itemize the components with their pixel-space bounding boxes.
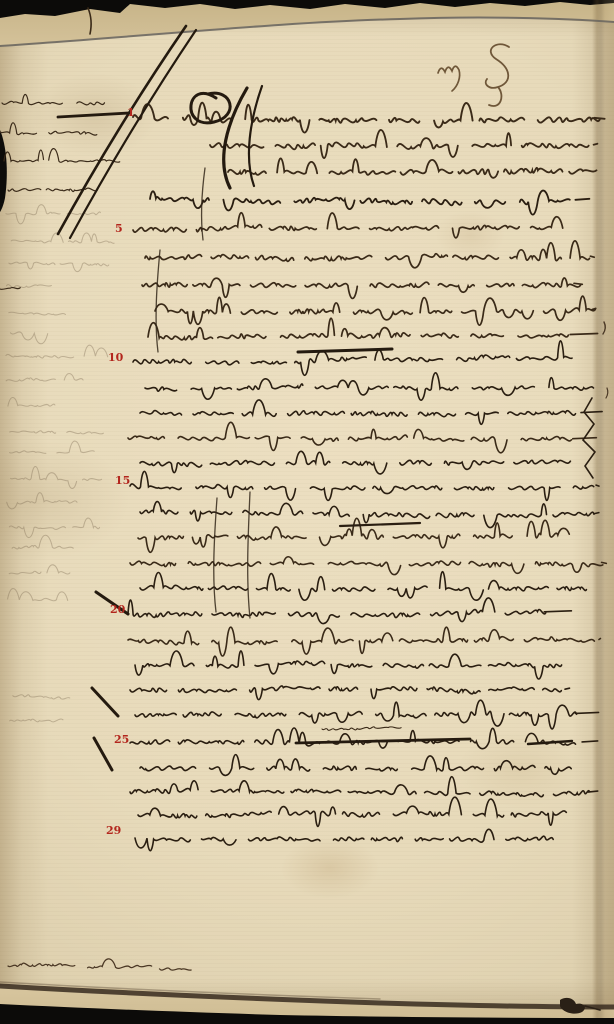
line-number-29: 29 xyxy=(106,824,121,837)
margin-notes xyxy=(0,94,129,289)
line-number-5: 5 xyxy=(115,222,123,235)
folio-mark xyxy=(438,44,509,106)
line-number-10: 10 xyxy=(108,351,123,364)
ghost-showthrough-text xyxy=(6,205,114,722)
line-number-25: 25 xyxy=(114,733,129,746)
line-number-20: 20 xyxy=(110,603,125,616)
main-text-block xyxy=(128,103,606,851)
line-number-1: 1 xyxy=(127,106,135,119)
ink-layer xyxy=(0,0,614,1024)
bottom-shadow-and-binding xyxy=(0,982,614,1024)
footer-note xyxy=(8,959,191,970)
line-number-15: 15 xyxy=(115,474,130,487)
manuscript-photo: 1 5 10 15 20 25 29 xyxy=(0,0,614,1024)
